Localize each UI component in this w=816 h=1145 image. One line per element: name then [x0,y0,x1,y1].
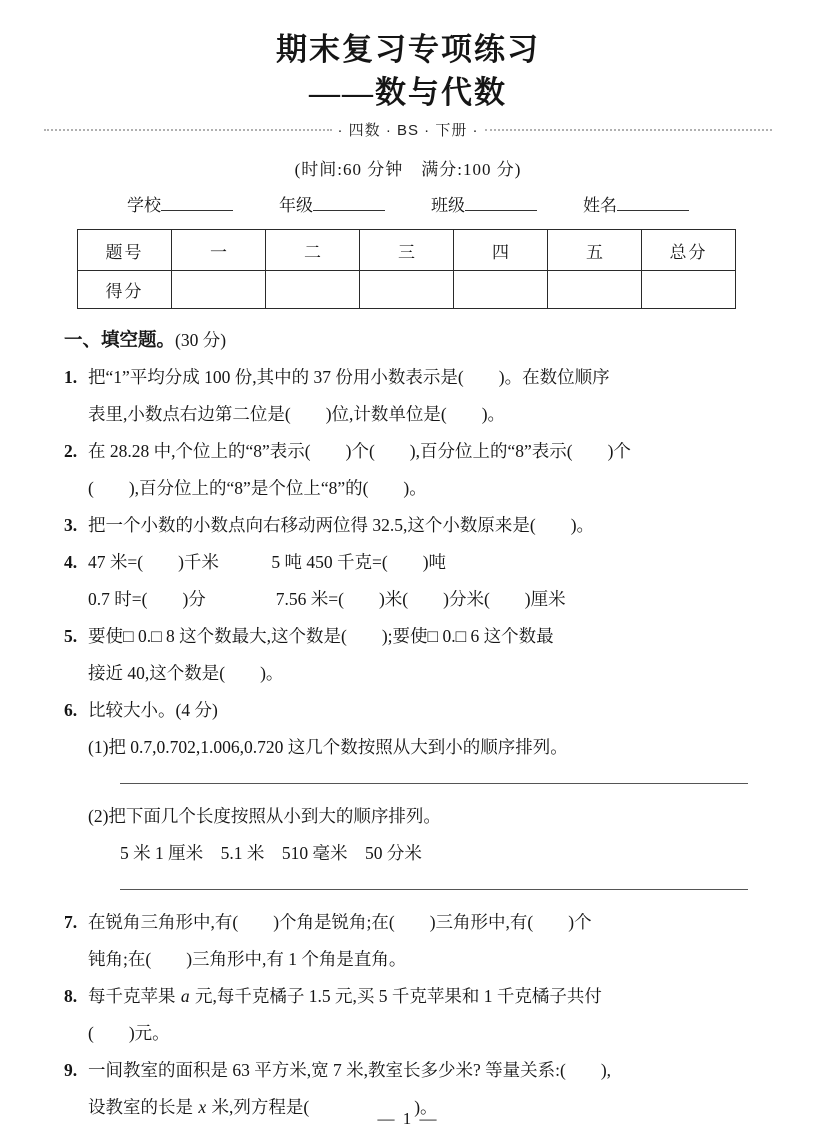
question-item-values: 5 米 1 厘米 5.1 米 510 毫米 50 分米 [88,835,748,872]
question-number: 5. [64,618,88,692]
field-school-label: 学校 [127,196,161,215]
question-body: 在锐角三角形中,有( )个角是锐角;在( )三角形中,有( )个 钝角;在( )… [88,904,748,978]
score-cell-empty [642,271,736,309]
question-number: 8. [64,978,88,1052]
section-heading-main: 一、填空题。 [64,329,175,350]
question-text: 把“1”平均分成 100 份,其中的 37 份用小数表示是( )。在数位顺序 [88,359,748,396]
field-grade-blank [313,195,385,211]
score-table-cell-section-2: 二 [266,230,360,271]
question-5: 5. 要使□ 0.□ 8 这个数最大,这个数是( );要使□ 0.□ 6 这个数… [64,618,748,692]
dotted-divider-left [44,129,332,131]
score-cell-empty [266,271,360,309]
question-number: 3. [64,507,88,544]
question-text: 接近 40,这个数是( )。 [88,655,748,692]
score-table: 题号 一 二 三 四 五 总分 得分 [77,229,736,309]
exam-title: 期末复习专项练习 [0,0,816,68]
score-table-cell-section-4: 四 [454,230,548,271]
field-name: 姓名 [583,191,689,216]
score-table-score-row: 得分 [78,271,736,309]
question-body: 47 米=( )千米 5 吨 450 千克=( )吨 0.7 时=( )分 7.… [88,544,748,618]
question-text-part: 元,每千克橘子 1.5 元,买 5 千克苹果和 1 千克橘子共付 [191,986,602,1006]
question-subitem-2: (2)把下面几个长度按照从小到大的顺序排列。 [88,798,748,835]
question-text-part: 每千克苹果 [88,986,180,1006]
question-number: 1. [64,359,88,433]
score-table-cell-section-1: 一 [172,230,266,271]
question-text: 钝角;在( )三角形中,有 1 个角是直角。 [88,941,748,978]
questions-section: 一、填空题。(30 分) 1. 把“1”平均分成 100 份,其中的 37 份用… [0,309,816,1126]
score-table-cell-section-3: 三 [360,230,454,271]
score-cell-empty [548,271,642,309]
score-table-cell-total: 总分 [642,230,736,271]
score-table-cell-section-5: 五 [548,230,642,271]
answer-blank-line [120,783,748,784]
question-text: 一间教室的面积是 63 平方米,宽 7 米,教室长多少米? 等量关系:( ), [88,1052,748,1089]
question-text: 表里,小数点右边第二位是( )位,计数单位是( )。 [88,396,748,433]
score-table-cell-score-label: 得分 [78,271,172,309]
math-variable-a: a [180,986,191,1006]
question-text: 每千克苹果 a 元,每千克橘子 1.5 元,买 5 千克苹果和 1 千克橘子共付 [88,978,748,1015]
question-body: 要使□ 0.□ 8 这个数最大,这个数是( );要使□ 0.□ 6 这个数最 接… [88,618,748,692]
question-body: 在 28.28 中,个位上的“8”表示( )个( ),百分位上的“8”表示( )… [88,433,748,507]
field-name-blank [617,195,689,211]
field-grade-label: 年级 [279,196,313,215]
section-heading: 一、填空题。(30 分) [64,321,748,359]
question-7: 7. 在锐角三角形中,有( )个角是锐角;在( )三角形中,有( )个 钝角;在… [64,904,748,978]
question-text: 在 28.28 中,个位上的“8”表示( )个( ),百分位上的“8”表示( )… [88,433,748,470]
student-info-row: 学校 年级 班级 姓名 [0,191,816,216]
question-2: 2. 在 28.28 中,个位上的“8”表示( )个( ),百分位上的“8”表示… [64,433,748,507]
field-grade: 年级 [279,191,385,216]
question-text: 把一个小数的小数点向右移动两位得 32.5,这个小数原来是( )。 [88,507,748,544]
answer-blank-line [120,889,748,890]
question-text: ( ),百分位上的“8”是个位上“8”的( )。 [88,470,748,507]
time-score-info: (时间:60 分钟 满分:100 分) [0,155,816,180]
section-heading-points: (30 分) [175,330,226,350]
score-table-header-row: 题号 一 二 三 四 五 总分 [78,230,736,271]
edition-label: · 四数 · BS · 下册 · [338,119,479,140]
field-class: 班级 [431,191,537,216]
score-cell-empty [172,271,266,309]
question-number: 2. [64,433,88,507]
question-8: 8. 每千克苹果 a 元,每千克橘子 1.5 元,买 5 千克苹果和 1 千克橘… [64,978,748,1052]
question-body: 比较大小。(4 分) (1)把 0.7,0.702,1.006,0.720 这几… [88,692,748,904]
question-text: 比较大小。(4 分) [88,692,748,729]
field-name-label: 姓名 [583,196,617,215]
question-subitem-1: (1)把 0.7,0.702,1.006,0.720 这几个数按照从大到小的顺序… [88,729,748,766]
edition-banner: · 四数 · BS · 下册 · [44,119,772,140]
question-body: 把“1”平均分成 100 份,其中的 37 份用小数表示是( )。在数位顺序 表… [88,359,748,433]
exam-subtitle: ——数与代数 [0,75,816,111]
field-class-blank [465,195,537,211]
question-number: 6. [64,692,88,904]
question-text: ( )元。 [88,1015,748,1052]
question-text: 0.7 时=( )分 7.56 米=( )米( )分米( )厘米 [88,581,748,618]
score-cell-empty [454,271,548,309]
dotted-divider-right [485,129,773,131]
score-table-cell-question-number: 题号 [78,230,172,271]
question-1: 1. 把“1”平均分成 100 份,其中的 37 份用小数表示是( )。在数位顺… [64,359,748,433]
question-text: 在锐角三角形中,有( )个角是锐角;在( )三角形中,有( )个 [88,904,748,941]
exam-paper-page: 期末复习专项练习 ——数与代数 · 四数 · BS · 下册 · (时间:60 … [0,0,816,1145]
question-text: 要使□ 0.□ 8 这个数最大,这个数是( );要使□ 0.□ 6 这个数最 [88,618,748,655]
question-6: 6. 比较大小。(4 分) (1)把 0.7,0.702,1.006,0.720… [64,692,748,904]
question-4: 4. 47 米=( )千米 5 吨 450 千克=( )吨 0.7 时=( )分… [64,544,748,618]
page-number: — 1 — [0,1109,816,1129]
question-body: 把一个小数的小数点向右移动两位得 32.5,这个小数原来是( )。 [88,507,748,544]
question-text: 47 米=( )千米 5 吨 450 千克=( )吨 [88,544,748,581]
question-3: 3. 把一个小数的小数点向右移动两位得 32.5,这个小数原来是( )。 [64,507,748,544]
score-cell-empty [360,271,454,309]
field-school: 学校 [127,191,233,216]
field-school-blank [161,195,233,211]
question-number: 4. [64,544,88,618]
question-number: 7. [64,904,88,978]
field-class-label: 班级 [431,196,465,215]
question-body: 每千克苹果 a 元,每千克橘子 1.5 元,买 5 千克苹果和 1 千克橘子共付… [88,978,748,1052]
